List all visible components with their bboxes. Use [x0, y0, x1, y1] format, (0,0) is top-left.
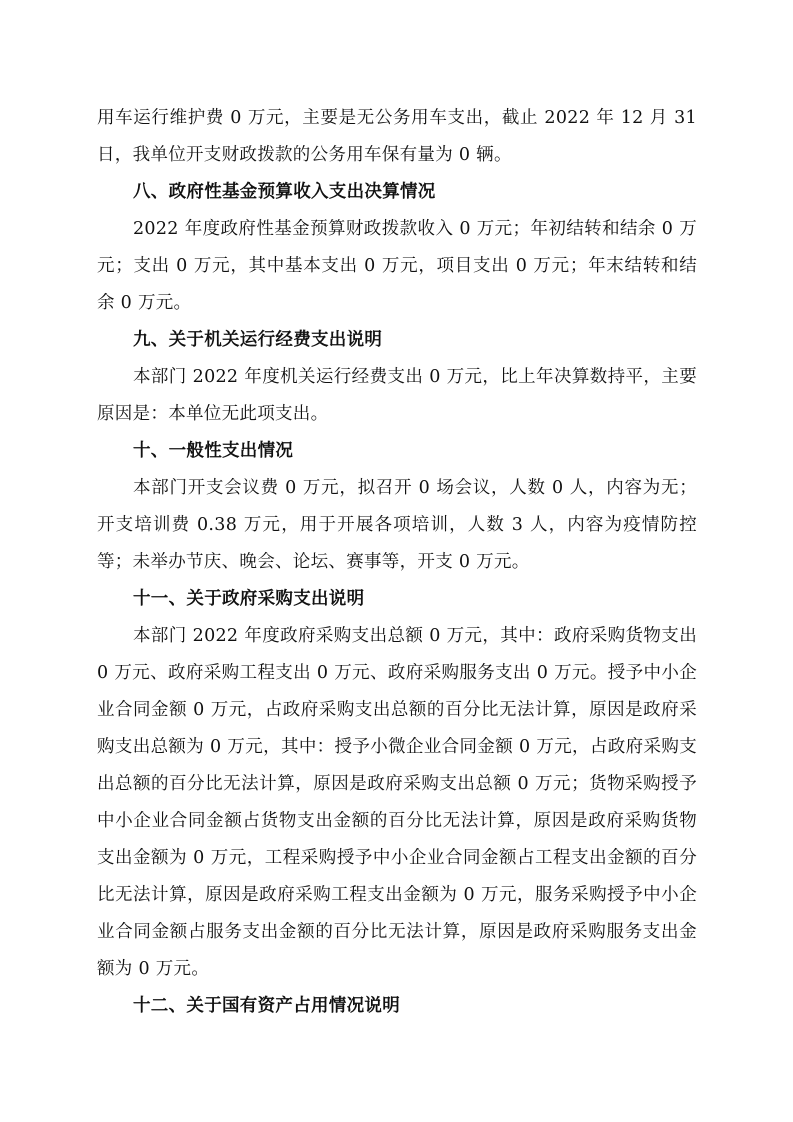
paragraph-general-expenses: 本部门开支会议费 0 万元，拟召开 0 场会议，人数 0 人，内容为无；开支培训… [97, 470, 697, 581]
heading-section-12: 十二、关于国有资产占用情况说明 [97, 988, 697, 1025]
document-page: 用车运行维护费 0 万元，主要是无公务用车支出，截止 2022 年 12 月 3… [97, 100, 697, 1025]
heading-section-8: 八、政府性基金预算收入支出决算情况 [97, 174, 697, 211]
heading-section-9: 九、关于机关运行经费支出说明 [97, 322, 697, 359]
paragraph-operating-expenses: 本部门 2022 年度机关运行经费支出 0 万元，比上年决算数持平，主要原因是：… [97, 359, 697, 433]
paragraph-vehicle-maintenance: 用车运行维护费 0 万元，主要是无公务用车支出，截止 2022 年 12 月 3… [97, 100, 697, 174]
heading-section-11: 十一、关于政府采购支出说明 [97, 581, 697, 618]
paragraph-procurement: 本部门 2022 年度政府采购支出总额 0 万元，其中：政府采购货物支出 0 万… [97, 618, 697, 988]
paragraph-government-fund: 2022 年度政府性基金预算财政拨款收入 0 万元；年初结转和结余 0 万元；支… [97, 211, 697, 322]
heading-section-10: 十、一般性支出情况 [97, 433, 697, 470]
